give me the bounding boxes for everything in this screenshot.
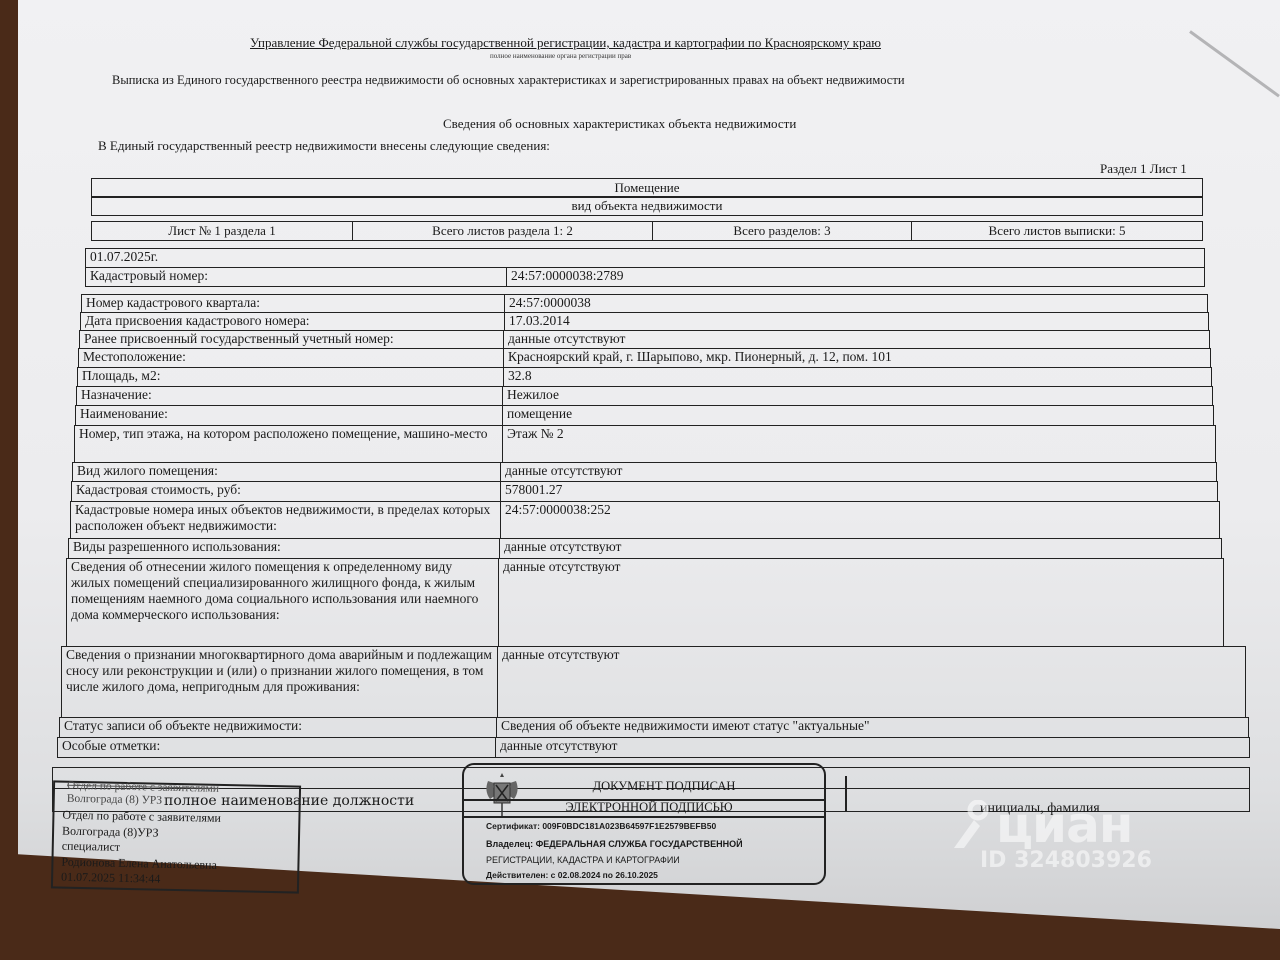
agency-caption: полное наименование органа регистрации п…	[490, 52, 631, 60]
cian-watermark: циан ID 324803926	[950, 800, 1152, 873]
row-value: 32.8	[504, 368, 1211, 386]
row-value: Нежилое	[503, 387, 1212, 405]
stamp-ghost-line2: Волгограда (8) УРЗ	[67, 792, 163, 809]
total-sheets-section: Всего листов раздела 1: 2	[353, 222, 653, 240]
table-row: Ранее присвоенный государственный учетны…	[79, 330, 1210, 349]
row-value: 578001.27	[501, 482, 1217, 501]
section-sheet-label: Раздел 1 Лист 1	[1100, 161, 1187, 177]
esignature-stamp: ДОКУМЕНТ ПОДПИСАН ЭЛЕКТРОННОЙ ПОДПИСЬЮ С…	[462, 763, 826, 885]
row-label: Статус записи об объекте недвижимости:	[60, 718, 497, 737]
row-value: 24:57:0000038	[505, 295, 1207, 312]
row-label: Местоположение:	[79, 349, 504, 367]
object-type-value: Помещение	[91, 178, 1203, 198]
row-label: Дата присвоения кадастрового номера:	[81, 313, 505, 330]
table-row: Статус записи об объекте недвижимости:Св…	[59, 717, 1249, 738]
table-row: Виды разрешенного использования:данные о…	[68, 538, 1222, 559]
total-sections: Всего разделов: 3	[653, 222, 912, 240]
table-row: Кадастровые номера иных объектов недвижи…	[70, 501, 1220, 539]
esign-owner-1: Владелец: ФЕДЕРАЛЬНАЯ СЛУЖБА ГОСУДАРСТВЕ…	[486, 839, 743, 849]
esign-title-2: ЭЛЕКТРОННОЙ ПОДПИСЬЮ	[464, 800, 824, 815]
row-value: Сведения об объекте недвижимости имеют с…	[497, 718, 1248, 737]
intro-text: В Единый государственный реестр недвижим…	[98, 138, 550, 154]
table-row: Сведения о признании многоквартирного до…	[61, 646, 1246, 718]
row-value: данные отсутствуют	[496, 738, 1249, 757]
row-value: помещение	[503, 406, 1213, 425]
table-row: Особые отметки:данные отсутствуют	[57, 737, 1250, 758]
row-label: Назначение:	[77, 387, 503, 405]
row-label: Особые отметки:	[58, 738, 496, 757]
row-label: Площадь, м2:	[78, 368, 504, 386]
date-row: 01.07.2025г.	[85, 248, 1205, 268]
cadastral-number-value: 24:57:0000038:2789	[507, 268, 1204, 286]
table-row: Номер, тип этажа, на котором расположено…	[74, 425, 1216, 463]
total-sheets-extract: Всего листов выписки: 5	[912, 222, 1202, 240]
row-value: данные отсутствуют	[500, 539, 1221, 558]
table-row: Площадь, м2:32.8	[77, 367, 1212, 387]
esign-owner-2: РЕГИСТРАЦИИ, КАДАСТРА И КАРТОГРАФИИ	[486, 855, 680, 865]
section-title: Сведения об основных характеристиках объ…	[443, 116, 796, 132]
object-type-caption: вид объекта недвижимости	[91, 196, 1203, 216]
agency-name: Управление Федеральной службы государств…	[250, 35, 881, 51]
esign-title-1: ДОКУМЕНТ ПОДПИСАН	[464, 779, 824, 794]
cadastral-number-label: Кадастровый номер:	[86, 268, 507, 286]
table-row: Номер кадастрового квартала:24:57:000003…	[81, 294, 1208, 313]
row-label: Виды разрешенного использования:	[69, 539, 500, 558]
cian-brand: циан	[996, 800, 1132, 850]
table-row: Сведения об отнесении жилого помещения к…	[66, 558, 1224, 647]
sheet-number: Лист № 1 раздела 1	[92, 222, 353, 240]
extract-title: Выписка из Единого государственного реес…	[112, 73, 905, 88]
row-value: данные отсутствуют	[501, 463, 1216, 481]
esign-validity: Действителен: с 02.08.2024 по 26.10.2025	[486, 870, 658, 880]
table-row: Вид жилого помещения:данные отсутствуют	[72, 462, 1217, 482]
row-value: 24:57:0000038:252	[501, 502, 1219, 538]
signature-divider	[845, 776, 847, 812]
row-label: Сведения об отнесении жилого помещения к…	[67, 559, 499, 646]
row-label: Ранее присвоенный государственный учетны…	[80, 331, 504, 348]
row-label: Номер, тип этажа, на котором расположено…	[75, 426, 503, 462]
cian-logo-icon	[950, 800, 996, 850]
object-type-caption-text: вид объекта недвижимости	[572, 198, 723, 214]
row-label: Сведения о признании многоквартирного до…	[62, 647, 498, 717]
row-value: 17.03.2014	[505, 313, 1208, 330]
row-value: данные отсутствуют	[498, 647, 1245, 717]
extract-date: 01.07.2025г.	[86, 249, 1204, 267]
row-label: Кадастровая стоимость, руб:	[72, 482, 501, 501]
table-row: Кадастровая стоимость, руб:578001.27	[71, 481, 1218, 502]
row-value: Красноярский край, г. Шарыпово, мкр. Пио…	[504, 349, 1210, 367]
sheet-info-row: Лист № 1 раздела 1 Всего листов раздела …	[91, 221, 1203, 241]
listing-id: ID 324803926	[980, 848, 1152, 873]
official-stamp: Отдел по работе с заявителями Волгограда…	[51, 780, 301, 893]
cadastral-number-row: Кадастровый номер: 24:57:0000038:2789	[85, 267, 1205, 287]
row-label: Вид жилого помещения:	[73, 463, 501, 481]
row-label: Кадастровые номера иных объектов недвижи…	[71, 502, 501, 538]
table-row: Местоположение:Красноярский край, г. Шар…	[78, 348, 1211, 368]
esign-certificate: Сертификат: 009F0BDC181A023B64597F1E2579…	[486, 821, 716, 831]
table-row: Назначение:Нежилое	[76, 386, 1213, 406]
object-type-text: Помещение	[614, 180, 679, 196]
row-value: данные отсутствуют	[504, 331, 1209, 348]
row-value: Этаж № 2	[503, 426, 1215, 462]
table-row: Наименование:помещение	[75, 405, 1214, 426]
row-label: Наименование:	[76, 406, 503, 425]
row-label: Номер кадастрового квартала:	[82, 295, 505, 312]
table-row: Дата присвоения кадастрового номера:17.0…	[80, 312, 1209, 331]
row-value: данные отсутствуют	[499, 559, 1223, 646]
